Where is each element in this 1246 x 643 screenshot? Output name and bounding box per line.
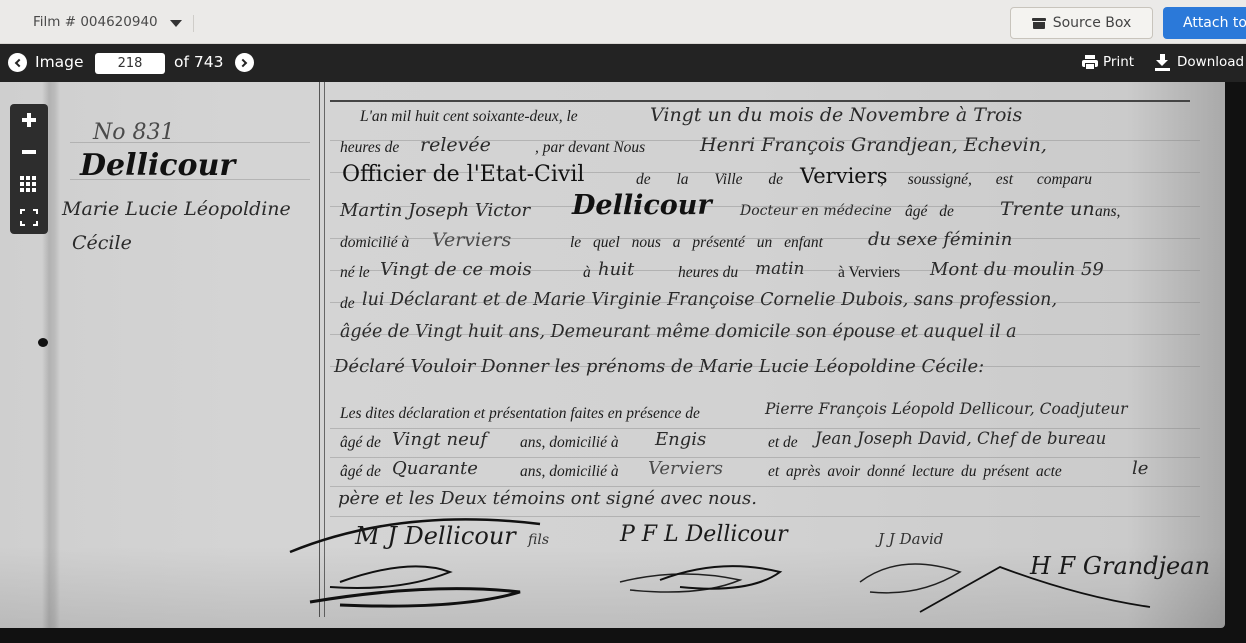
record-number: No 831	[93, 120, 174, 145]
handwritten-text: lui Déclarant et de Marie Virginie Franç…	[362, 290, 1057, 310]
image-viewer[interactable]: No 831 Dellicour Marie Lucie Léopoldine …	[0, 82, 1246, 643]
handwritten-text: âgée de Vingt huit ans, Demeurant même d…	[340, 322, 1017, 342]
margin-rule	[319, 82, 320, 617]
chevron-left-icon	[15, 58, 23, 66]
ruled-line	[330, 302, 1200, 303]
gothic-heading: Officier de l'Etat-Civil	[342, 162, 584, 187]
handwritten-text: Docteur en médecine	[740, 203, 892, 219]
handwritten-text: Verviers	[648, 458, 723, 479]
gallery-view-button[interactable]	[10, 168, 48, 200]
film-selector[interactable]: Film # 004620940	[33, 14, 182, 30]
print-label: Print	[1103, 54, 1134, 70]
printed-text: âgé de	[340, 434, 381, 452]
printed-text: et après avoir donné lecture du présent …	[768, 463, 1062, 481]
printed-text: de la Ville de	[636, 171, 783, 189]
signature-witness-2: J J David	[878, 530, 943, 548]
ruled-line	[330, 334, 1200, 335]
next-image-button[interactable]	[235, 53, 254, 72]
handwritten-text: Vingt neuf	[392, 429, 487, 450]
handwritten-text: Jean Joseph David, Chef de bureau	[815, 429, 1106, 448]
handwritten-text: Vingt un du mois de Novembre à Trois	[650, 104, 1022, 126]
image-toolbar: Image of 743 Print Download	[0, 44, 1246, 82]
handwritten-text: père et les Deux témoins ont signé avec …	[338, 488, 757, 509]
printed-text: né le	[340, 264, 370, 282]
image-number-input[interactable]	[95, 53, 165, 74]
document-page: No 831 Dellicour Marie Lucie Léopoldine …	[0, 82, 1225, 628]
ruled-line	[330, 366, 1200, 367]
ruled-line	[70, 142, 310, 143]
attach-to-tree-button[interactable]: Attach to Tree	[1163, 7, 1246, 39]
printed-text: âgé de	[340, 463, 381, 481]
signature-annotation: fils	[528, 532, 549, 548]
printed-text: le quel nous a présenté un enfant	[570, 234, 823, 252]
gothic-place: Verviers	[800, 164, 888, 188]
printed-text: de	[340, 295, 355, 313]
handwritten-text: Engis	[655, 429, 706, 450]
source-box-label: Source Box	[1053, 15, 1132, 31]
handwritten-text: du sexe féminin	[868, 229, 1012, 250]
film-number-label: Film # 004620940	[33, 14, 158, 30]
handwritten-text: Pierre François Léopold Dellicour, Coadj…	[765, 400, 1128, 418]
ruled-line	[70, 179, 310, 180]
margin-surname: Dellicour	[80, 148, 235, 183]
printed-text: heures de	[340, 139, 399, 157]
printed-text: L'an mil huit cent soixante-deux, le	[360, 108, 578, 126]
handwritten-text: Mont du moulin 59	[930, 259, 1104, 280]
printed-text: et de	[768, 434, 798, 452]
handwritten-text: relevée	[420, 134, 491, 156]
handwritten-text: Henri François Grandjean, Echevin,	[700, 134, 1047, 156]
handwritten-text: le	[1132, 458, 1148, 479]
chevron-down-icon[interactable]	[170, 20, 182, 27]
ruled-line	[330, 428, 1200, 429]
printed-text: âgé de	[905, 203, 954, 221]
handwritten-text: huit	[598, 259, 634, 280]
zoom-controls	[10, 104, 48, 234]
print-button[interactable]: Print	[1082, 54, 1134, 70]
handwritten-text: Martin Joseph Victor	[340, 200, 530, 221]
gothic-surname: Dellicour	[572, 190, 712, 221]
ruled-line	[330, 516, 1200, 517]
printed-text: domicilié à	[340, 234, 409, 252]
ruled-line	[330, 206, 1200, 207]
ink-blot	[38, 338, 48, 347]
ruled-line	[330, 140, 1200, 141]
handwritten-text: matin	[755, 259, 804, 279]
archive-box-icon	[1032, 18, 1046, 29]
download-icon	[1155, 54, 1170, 70]
ruled-line	[330, 172, 1200, 173]
printed-text: à Verviers	[838, 264, 900, 282]
download-button[interactable]: Download	[1155, 54, 1244, 70]
printed-text: à	[583, 264, 591, 282]
top-header: Film # 004620940 Source Box Attach to Tr…	[0, 0, 1246, 44]
ruled-line	[330, 270, 1200, 271]
image-total-label: of 743	[174, 53, 223, 71]
divider	[193, 15, 194, 32]
ruled-line	[330, 238, 1200, 239]
ruled-line	[330, 486, 1200, 487]
printed-text: Les dites déclaration et présentation fa…	[340, 405, 700, 423]
printed-text: , par devant Nous	[535, 139, 645, 157]
handwritten-text: Trente un	[1000, 198, 1095, 220]
fullscreen-button[interactable]	[10, 200, 48, 232]
download-label: Download	[1177, 54, 1244, 70]
printed-text: heures du	[678, 264, 738, 282]
grid-icon	[20, 176, 36, 192]
margin-given-names: Marie Lucie Léopoldine	[62, 198, 291, 220]
previous-image-button[interactable]	[8, 53, 27, 72]
attach-label: Attach to Tree	[1183, 15, 1246, 31]
signature-witness-1: P F L Dellicour	[620, 522, 788, 547]
handwritten-text: Verviers	[432, 229, 511, 251]
handwritten-text: Déclaré Vouloir Donner les prénoms de Ma…	[334, 356, 984, 377]
signature-father: M J Dellicour	[355, 522, 516, 550]
margin-given-names-cont: Cécile	[72, 232, 132, 254]
source-box-button[interactable]: Source Box	[1010, 7, 1153, 39]
ruled-line	[330, 457, 1200, 458]
printed-text: ans, domicilié à	[520, 463, 619, 481]
top-rule	[330, 100, 1190, 102]
signature-flourishes	[280, 502, 1230, 622]
printed-text: , soussigné, est comparu	[880, 171, 1092, 189]
margin-rule	[324, 82, 325, 617]
printer-icon	[1082, 55, 1098, 70]
printed-text: ans,	[1095, 203, 1120, 221]
handwritten-text: Quarante	[392, 458, 478, 479]
zoom-in-button[interactable]	[10, 104, 48, 136]
handwritten-text: Vingt de ce mois	[380, 259, 532, 280]
image-label: Image	[35, 53, 84, 71]
zoom-out-button[interactable]	[10, 136, 48, 168]
chevron-right-icon	[239, 58, 247, 66]
signature-officer: H F Grandjean	[1030, 552, 1210, 580]
printed-text: ans, domicilié à	[520, 434, 619, 452]
